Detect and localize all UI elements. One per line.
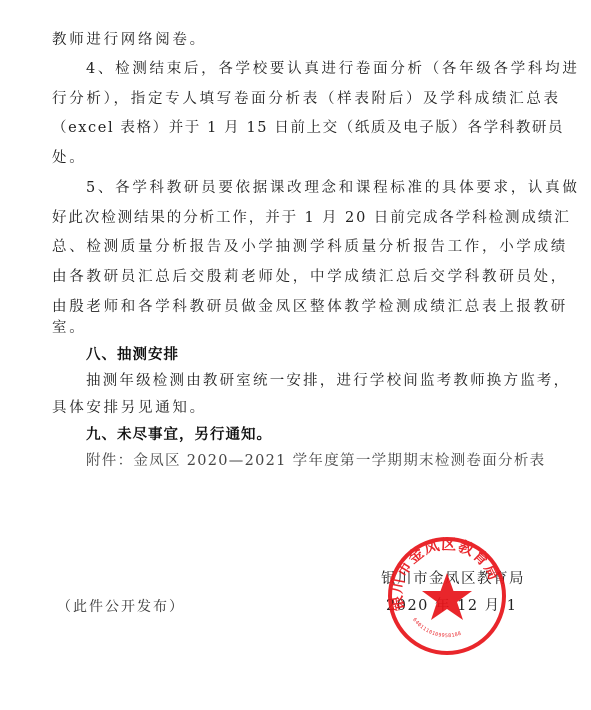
paragraph-line: 由各教研员汇总后交殷莉老师处，中学成绩汇总后交学科教研员处， [52, 267, 540, 287]
paragraph-line: 具体安排另见通知。 [52, 398, 540, 418]
paragraph-line: 行分析），指定专人填写卷面分析表（样表附后）及学科成绩汇总表 [52, 89, 540, 109]
paragraph-line: 5、各学科教研员要依据课改理念和课程标准的具体要求，认真做 [86, 178, 540, 198]
paragraph-line: 4、检测结束后，各学校要认真进行卷面分析（各年级各学科均进 [86, 59, 540, 79]
paragraph-line: 由殷老师和各学科教研员做金凤区整体教学检测成绩汇总表上报教研 [52, 297, 540, 317]
paragraph-line: 好此次检测结果的分析工作，并于 1 月 20 日前完成各学科检测成绩汇 [52, 208, 540, 228]
paragraph-line: 总、检测质量分析报告及小学抽测学科质量分析报告工作，小学成绩 [52, 237, 540, 257]
attachment-line: 附件：金凤区 2020—2021 学年度第一学期期末检测卷面分析表 [86, 451, 540, 471]
svg-text:6401110109958188: 6401110109958188 [411, 617, 462, 639]
paragraph-line: 抽测年级检测由教研室统一安排，进行学校间监考教师换方监考， [86, 371, 540, 391]
paragraph-line: 处。 [52, 148, 540, 168]
paragraph-line: （excel 表格）并于 1 月 15 日前上交（纸质及电子版）各学科教研员 [52, 118, 540, 138]
section-heading-9: 九、未尽事宜，另行通知。 [86, 425, 540, 445]
section-heading-8: 八、抽测安排 [86, 345, 540, 365]
public-note: （此件公开发布） [57, 596, 185, 616]
paragraph-line: 室。 [52, 318, 540, 338]
seal-bottom-code: 6401110109958188 [411, 617, 462, 639]
official-seal-icon: 银川市金凤区教育局 6401110109958188 [386, 535, 508, 657]
paragraph-line: 教师进行网络阅卷。 [52, 30, 540, 50]
